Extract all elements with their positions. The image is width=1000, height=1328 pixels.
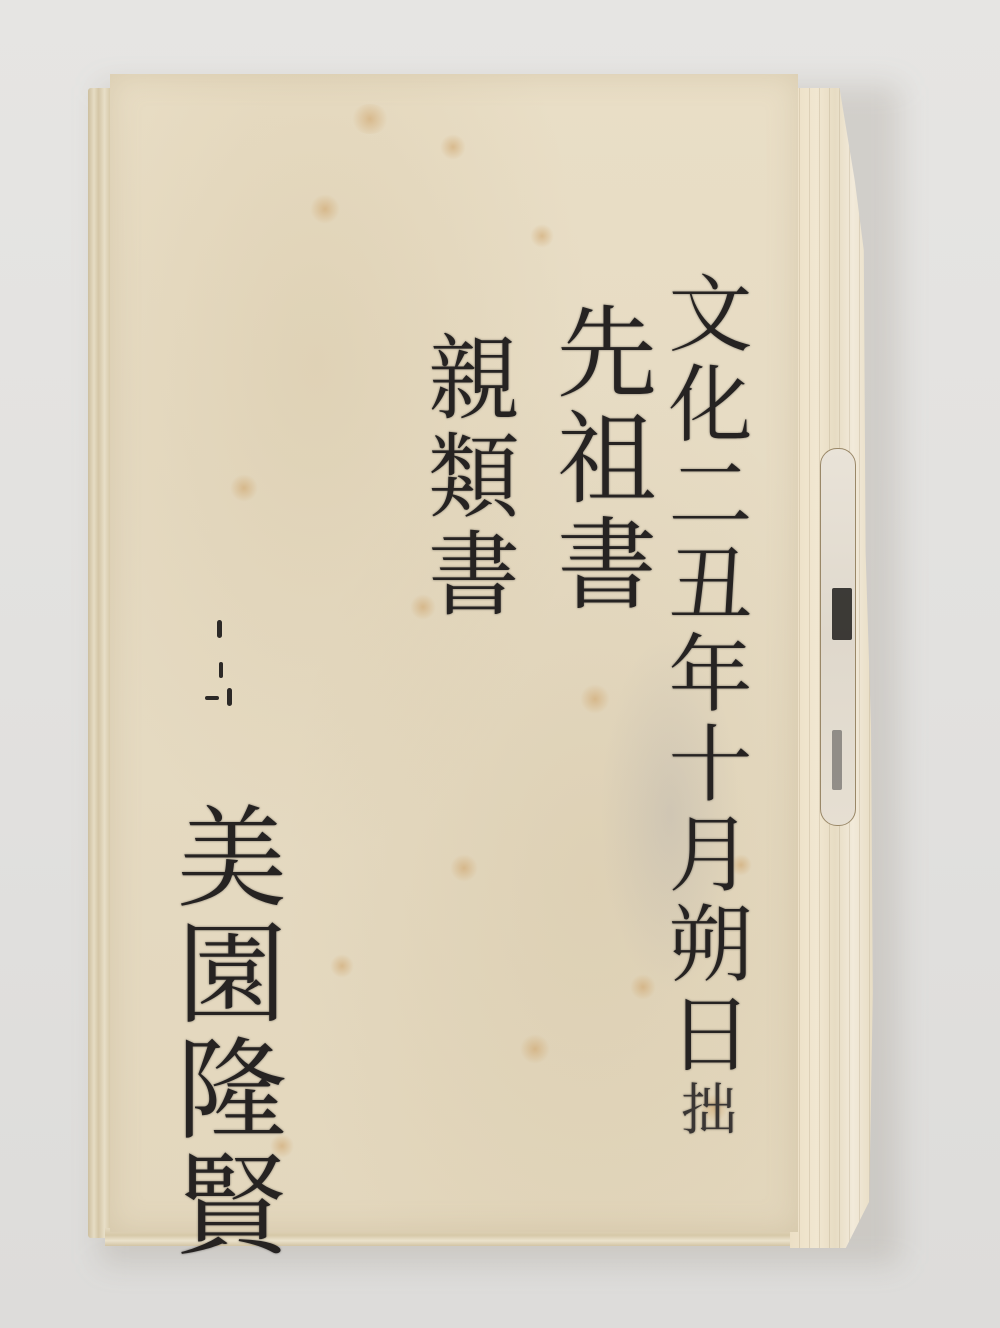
binding-ink-mark-faint [832,730,842,790]
foxing-spot [330,954,354,978]
foxing-spot [530,224,554,248]
foxing-spot [230,474,258,502]
title-ancestry-record: 先祖書 [548,300,648,618]
author-signature: 美園隆賢 [168,800,278,1264]
foxing-spot [350,104,390,134]
signature-mark [205,620,245,720]
foxing-spot [520,1034,550,1064]
title-relatives-record: 親類書 [420,330,512,624]
binding-ink-mark [832,588,852,640]
photograph-scene: 文化二丑年十月朔日拙 先祖書 親類書 美園隆賢 [0,0,1000,1328]
foxing-spot [310,194,340,224]
date-suffix-text: 拙 [672,1080,737,1142]
date-text: 文化二丑年十月朔日 [655,270,753,1080]
foxing-spot [450,854,478,882]
date-inscription: 文化二丑年十月朔日拙 [662,270,746,1142]
foxing-spot [440,134,466,160]
